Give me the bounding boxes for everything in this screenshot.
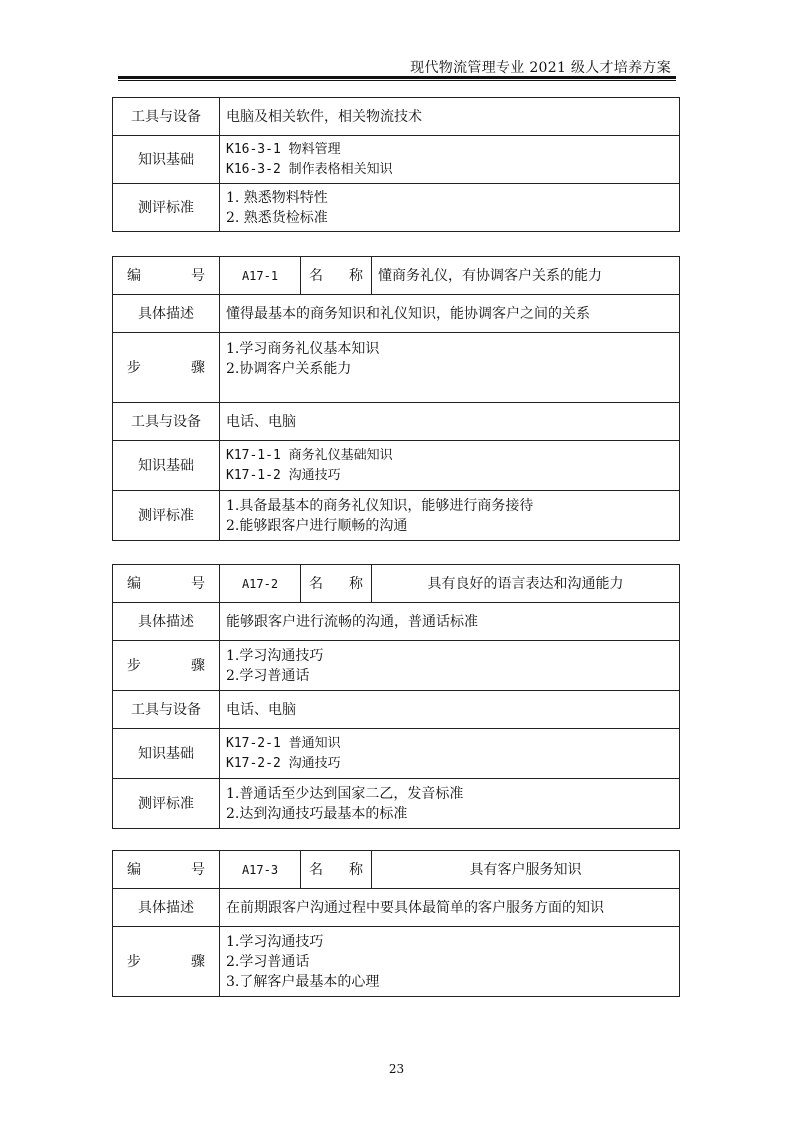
desc-value: 在前期跟客户沟通过程中要具体最简单的客户服务方面的知识 [220,889,680,927]
knowledge-value: K16-3-1 物料管理 K16-3-2 制作表格相关知识 [220,136,680,184]
eval-line: 1. 熟悉物料特性 [226,188,673,208]
code-value: A17-2 [220,565,301,603]
code-value: A17-1 [220,257,301,295]
desc-value: 能够跟客户进行流畅的沟通，普通话标准 [220,603,680,641]
eval-value: 1.普通话至少达到国家二乙，发音标准 2.达到沟通技巧最基本的标准 [220,779,680,829]
page-header-title: 现代物流管理专业 2021 级人才培养方案 [410,57,671,77]
eval-value: 1.具备最基本的商务礼仪知识，能够进行商务接待 2.能够跟客户进行顺畅的沟通 [220,491,680,541]
ability-table-a17-3: 编号 A17-3 名称 具有客户服务知识 具体描述 在前期跟客户沟通过程中要具体… [112,850,680,997]
knowledge-value: K17-2-1 普通知识 K17-2-2 沟通技巧 [220,729,680,779]
eval-value: 1. 熟悉物料特性 2. 熟悉货检标准 [220,184,680,232]
ability-table-continued: 工具与设备 电脑及相关软件，相关物流技术 知识基础 K16-3-1 物料管理 K… [112,97,680,232]
knowledge-value: K17-1-1 商务礼仪基础知识 K17-1-2 沟通技巧 [220,441,680,491]
name-value: 具有良好的语言表达和沟通能力 [372,565,680,603]
tools-label: 工具与设备 [113,403,220,441]
header-rule [118,76,676,79]
steps-value: 1.学习沟通技巧 2.学习普通话 [220,641,680,691]
eval-label: 测评标准 [113,779,220,829]
name-value: 具有客户服务知识 [372,851,680,889]
knowledge-label: 知识基础 [113,441,220,491]
eval-label: 测评标准 [113,491,220,541]
code-label: 编号 [113,851,220,889]
header-rule-thin [118,80,676,81]
code-value: A17-3 [220,851,301,889]
tools-label: 工具与设备 [113,691,220,729]
row-label: 测评标准 [113,184,220,232]
page-number: 23 [0,1062,793,1076]
steps-value: 1.学习沟通技巧 2.学习普通话 3.了解客户最基本的心理 [220,927,680,997]
knowledge-line: K16-3-2 制作表格相关知识 [226,160,673,180]
desc-label: 具体描述 [113,889,220,927]
name-label: 名称 [301,257,372,295]
steps-value: 1.学习商务礼仪基本知识 2.协调客户关系能力 [220,333,680,403]
steps-label: 步骤 [113,641,220,691]
desc-value: 懂得最基本的商务知识和礼仪知识，能协调客户之间的关系 [220,295,680,333]
steps-label: 步骤 [113,927,220,997]
row-label: 知识基础 [113,136,220,184]
ability-table-a17-2: 编号 A17-2 名称 具有良好的语言表达和沟通能力 具体描述 能够跟客户进行流… [112,564,680,829]
name-value: 懂商务礼仪，有协调客户关系的能力 [372,257,680,295]
code-label: 编号 [113,257,220,295]
code-label: 编号 [113,565,220,603]
knowledge-line: K16-3-1 物料管理 [226,140,673,160]
name-label: 名称 [301,565,372,603]
eval-line: 2. 熟悉货检标准 [226,208,673,228]
desc-label: 具体描述 [113,295,220,333]
row-label: 工具与设备 [113,98,220,136]
knowledge-label: 知识基础 [113,729,220,779]
tools-value: 电话、电脑 [220,691,680,729]
tools-value: 电脑及相关软件，相关物流技术 [220,98,680,136]
desc-label: 具体描述 [113,603,220,641]
ability-table-a17-1: 编号 A17-1 名称 懂商务礼仪，有协调客户关系的能力 具体描述 懂得最基本的… [112,256,680,541]
tools-value: 电话、电脑 [220,403,680,441]
steps-label: 步骤 [113,333,220,403]
name-label: 名称 [301,851,372,889]
